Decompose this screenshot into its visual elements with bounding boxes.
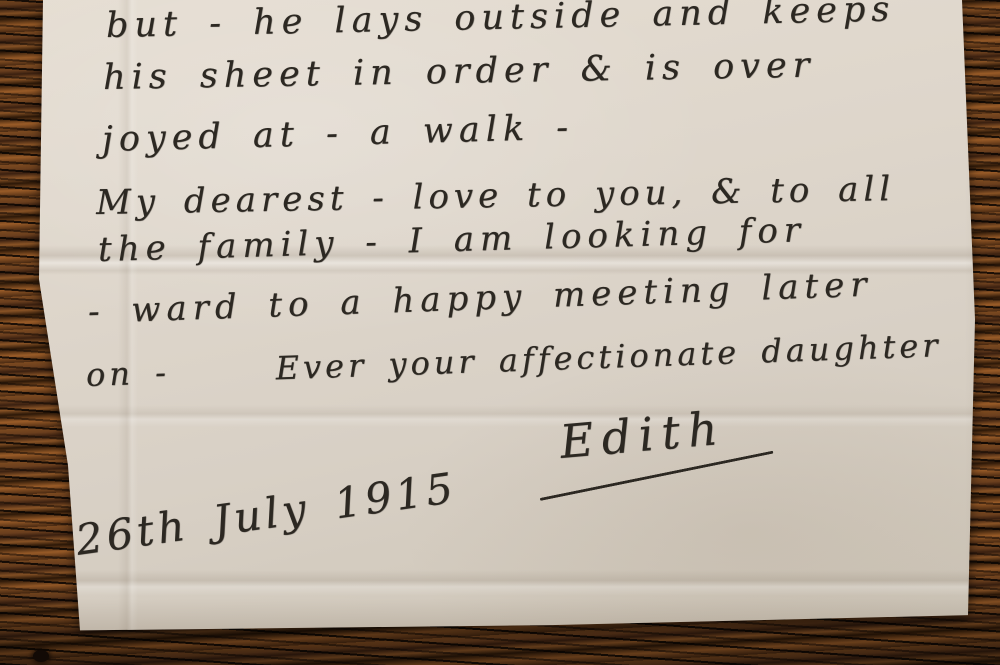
photo-of-handwritten-letter: but - he lays outside and keeps his shee… <box>0 0 1000 665</box>
paper-edge-shading <box>0 0 1000 665</box>
letter-paper-wrapper: but - he lays outside and keeps his shee… <box>0 0 1000 665</box>
